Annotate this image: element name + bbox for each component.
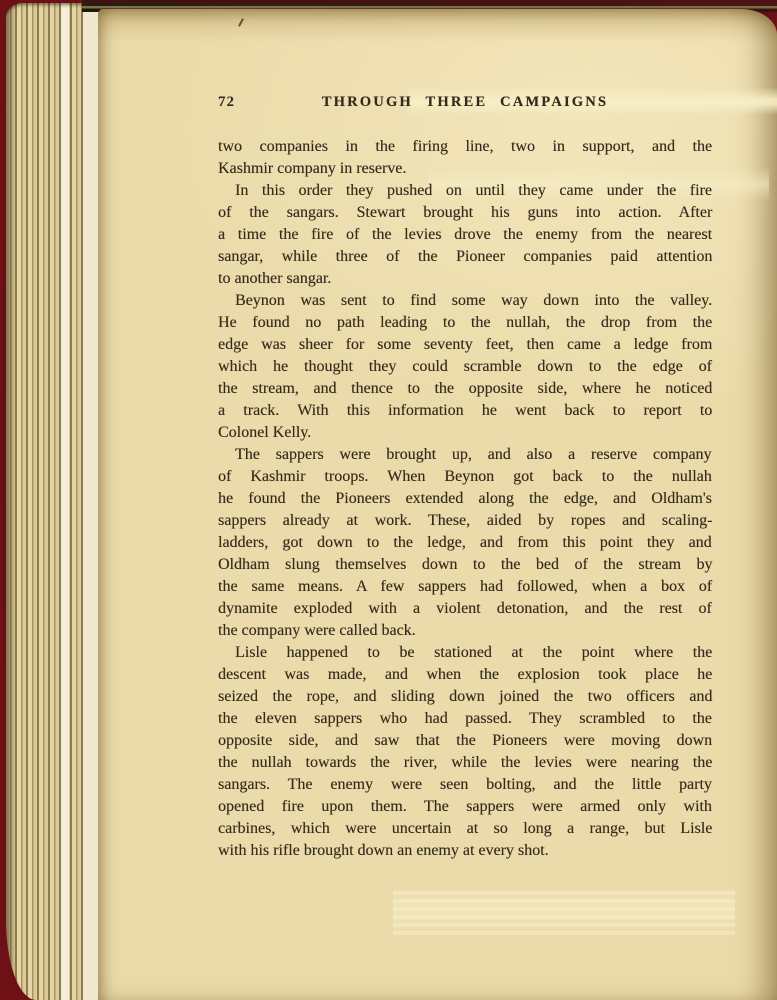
text-line: sappers already at work. These, aided by… <box>218 510 712 532</box>
text-line: sangars. The enemy were seen bolting, an… <box>218 774 712 796</box>
text-line-content: the nullah towards the river, while the … <box>218 754 712 771</box>
text-line-content: ladders, got down to the ledge, and from… <box>218 534 712 551</box>
text-line: Kashmir company in reserve. <box>218 158 712 180</box>
text-line: to another sangar. <box>218 268 712 290</box>
text-line-content: Lisle happened to be stationed at the po… <box>235 644 712 661</box>
text-line: the same means. A few sappers had follow… <box>218 576 712 598</box>
text-line: the eleven sappers who had passed. They … <box>218 708 712 730</box>
text-line-content: sangar, while three of the Pioneer compa… <box>218 248 712 265</box>
pen-mark <box>238 18 244 27</box>
text-line-content: the same means. A few sappers had follow… <box>218 578 712 595</box>
text-line: opened fire upon them. The sappers were … <box>218 796 712 818</box>
text-line: which he thought they could scramble dow… <box>218 356 712 378</box>
text-line: Beynon was sent to find some way down in… <box>218 290 712 312</box>
running-title: THROUGH THREE CAMPAIGNS <box>322 94 608 110</box>
text-line-content: sangars. The enemy were seen bolting, an… <box>218 776 712 793</box>
text-line-content: opened fire upon them. The sappers were … <box>218 798 712 815</box>
text-line-content: a time the fire of the levies drove the … <box>218 226 712 243</box>
text-line-content: he found the Pioneers extended along the… <box>218 490 712 507</box>
text-line-content: He found no path leading to the nullah, … <box>218 314 712 331</box>
text-line: of the sangars. Stewart brought his guns… <box>218 202 712 224</box>
text-line: Colonel Kelly. <box>218 422 712 444</box>
text-line-content: carbines, which were uncertain at so lon… <box>218 820 712 837</box>
text-line-content: The sappers were brought up, and also a … <box>235 446 712 463</box>
text-line-content: to another sangar. <box>218 270 331 287</box>
text-line: The sappers were brought up, and also a … <box>218 444 712 466</box>
text-line: the stream, and thence to the opposite s… <box>218 378 712 400</box>
text-line-content: sappers already at work. These, aided by… <box>218 512 713 529</box>
text-line: the company were called back. <box>218 620 712 642</box>
text-line: Lisle happened to be stationed at the po… <box>218 642 712 664</box>
text-line: ladders, got down to the ledge, and from… <box>218 532 712 554</box>
text-line-content: of the sangars. Stewart brought his guns… <box>218 204 712 221</box>
text-line-content: which he thought they could scramble dow… <box>218 358 712 375</box>
text-line-content: edge was sheer for some seventy feet, th… <box>218 336 712 353</box>
text-line-content: the company were called back. <box>218 622 416 639</box>
page-header: 72 THROUGH THREE CAMPAIGNS <box>218 93 712 113</box>
text-line: edge was sheer for some seventy feet, th… <box>218 334 712 356</box>
text-line: carbines, which were uncertain at so lon… <box>218 818 712 840</box>
text-line: Oldham slung themselves down to the bed … <box>218 554 712 576</box>
text-line: sangar, while three of the Pioneer compa… <box>218 246 712 268</box>
text-line-content: two companies in the firing line, two in… <box>218 138 712 155</box>
text-line-content: a track. With this information he went b… <box>218 402 712 419</box>
text-line-content: Beynon was sent to find some way down in… <box>235 292 712 309</box>
text-line: of Kashmir troops. When Beynon got back … <box>218 466 712 488</box>
text-line-content: dynamite exploded with a violent detonat… <box>218 600 712 617</box>
text-line-content: Colonel Kelly. <box>218 424 311 441</box>
text-line-content: Oldham slung themselves down to the bed … <box>218 556 712 573</box>
text-line-content: opposite side, and saw that the Pioneers… <box>218 732 712 749</box>
text-line: with his rifle brought down an enemy at … <box>218 840 712 862</box>
text-line-content: seized the rope, and sliding down joined… <box>218 688 712 705</box>
text-line-content: descent was made, and when the explosion… <box>218 666 712 683</box>
text-line: In this order they pushed on until they … <box>218 180 712 202</box>
text-line-content: In this order they pushed on until they … <box>235 182 712 199</box>
text-line: he found the Pioneers extended along the… <box>218 488 712 510</box>
page-fore-edges <box>6 3 100 1000</box>
book-page: 72 THROUGH THREE CAMPAIGNS two companies… <box>98 9 777 1000</box>
page-number: 72 <box>218 94 235 111</box>
scanned-book-page: 72 THROUGH THREE CAMPAIGNS two companies… <box>0 0 777 1000</box>
text-line: dynamite exploded with a violent detonat… <box>218 598 712 620</box>
text-line-content: the eleven sappers who had passed. They … <box>218 710 712 727</box>
text-line-content: Kashmir company in reserve. <box>218 160 406 177</box>
text-line: the nullah towards the river, while the … <box>218 752 712 774</box>
body-text: two companies in the firing line, two in… <box>218 136 712 862</box>
text-line-content: of Kashmir troops. When Beynon got back … <box>218 468 712 485</box>
scan-streak <box>393 887 735 935</box>
text-line: two companies in the firing line, two in… <box>218 136 712 158</box>
text-line-content: the stream, and thence to the opposite s… <box>218 380 712 397</box>
text-line: seized the rope, and sliding down joined… <box>218 686 712 708</box>
text-line: a track. With this information he went b… <box>218 400 712 422</box>
text-line: opposite side, and saw that the Pioneers… <box>218 730 712 752</box>
text-line: He found no path leading to the nullah, … <box>218 312 712 334</box>
text-line-content: with his rifle brought down an enemy at … <box>218 842 549 859</box>
text-line: a time the fire of the levies drove the … <box>218 224 712 246</box>
text-line: descent was made, and when the explosion… <box>218 664 712 686</box>
